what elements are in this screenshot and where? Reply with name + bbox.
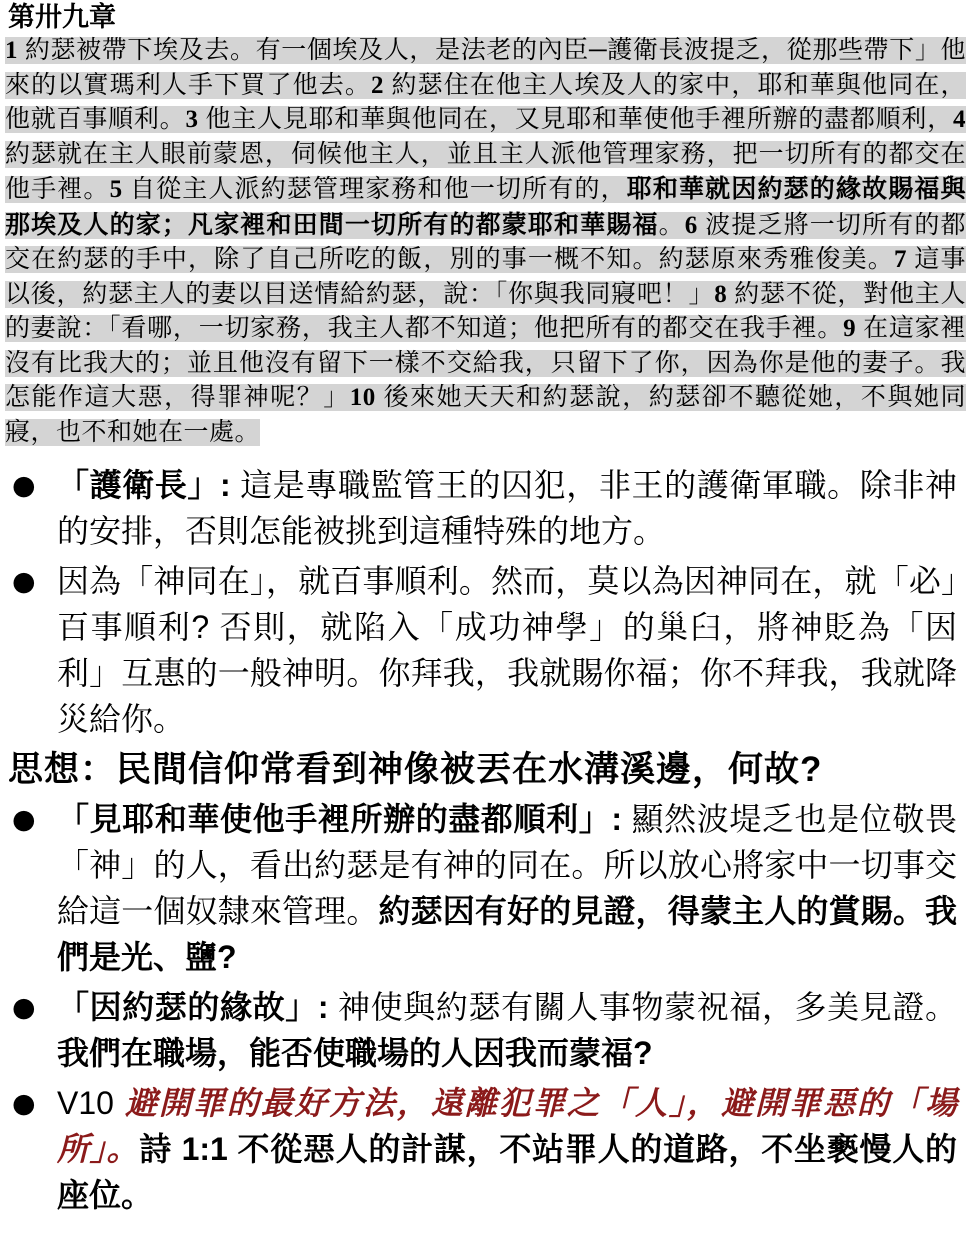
bullet-icon: ●	[12, 559, 36, 605]
bullet-icon: ●	[12, 1081, 36, 1127]
commentary-notes: ●「護衛長」: 這是專職監管王的囚犯，非王的護衛軍職。除非神的安排，否則怎能被挑…	[0, 462, 971, 1218]
verse-number-6: 6	[685, 212, 705, 239]
scripture-passage: 1 約瑟被帶下埃及去。有一個埃及人，是法老的內臣─護衛長波提乏，從那些帶下」他來…	[5, 34, 966, 450]
chapter-title: 第卅九章	[8, 2, 971, 32]
verse-number-1: 1	[5, 37, 25, 64]
note-verse-ref: V10	[57, 1085, 125, 1121]
note-psalm-quote: 詩 1:1 不從惡人的計謀，不站罪人的道路，不坐褻慢人的座位。	[57, 1131, 957, 1213]
scripture-highlight: 1 約瑟被帶下埃及去。有一個埃及人，是法老的內臣─護衛長波提乏，從那些帶下」他來…	[5, 37, 966, 446]
verse-number-9: 9	[843, 315, 863, 342]
note-item-guard-captain: ●「護衛長」: 這是專職監管王的囚犯，非王的護衛軍職。除非神的安排，否則怎能被挑…	[0, 462, 971, 554]
verse-number-8: 8	[714, 281, 734, 308]
bullet-icon: ●	[12, 797, 36, 843]
bullet-icon: ●	[12, 985, 36, 1031]
verse-number-3: 3	[185, 106, 205, 133]
note-item-for-josephs-sake: ●「因約瑟的緣故」: 神使與約瑟有關人事物蒙祝福，多美見證。我們在職場，能否使職…	[0, 984, 971, 1076]
note-term: 「護衛長」:	[57, 467, 240, 503]
verse-text-5-end: 。	[659, 212, 685, 239]
verse-text-3: 他主人見耶和華與他同在，又見耶和華使他手裡所辦的盡都順利，	[205, 106, 953, 133]
verse-number-2: 2	[371, 72, 391, 99]
bullet-icon: ●	[12, 463, 36, 509]
note-text: 因為「神同在」，就百事順利。然而，莫以為因神同在，就「必」百事順利? 否則，就陷…	[57, 563, 957, 737]
verse-number-7: 7	[894, 246, 914, 273]
verse-number-4: 4	[953, 106, 966, 133]
thought-heading: 思想：民間信仰常看到神像被丟在水溝溪邊，何故?	[8, 748, 971, 792]
note-item-v10-avoid-sin: ●V10 避開罪的最好方法，遠離犯罪之「人」，避開罪惡的「場所」。詩 1:1 不…	[0, 1080, 971, 1218]
note-item-prosper-in-hand: ●「見耶和華使他手裡所辦的盡都順利」: 顯然波堤乏也是位敬畏「神」的人，看出約瑟…	[0, 796, 971, 980]
document-page: 第卅九章 1 約瑟被帶下埃及去。有一個埃及人，是法老的內臣─護衛長波提乏，從那些…	[0, 2, 971, 1250]
note-item-god-with-him: ●因為「神同在」，就百事順利。然而，莫以為因神同在，就「必」百事順利? 否則，就…	[0, 558, 971, 742]
verse-number-10: 10	[350, 384, 384, 411]
note-text: 神使與約瑟有關人事物蒙祝福，多美見證。	[338, 989, 957, 1025]
note-emphasis: 我們在職場，能否使職場的人因我而蒙福?	[57, 1035, 653, 1071]
note-term: 「因約瑟的緣故」:	[57, 989, 338, 1025]
note-term: 「見耶和華使他手裡所辦的盡都順利」:	[57, 801, 632, 837]
verse-text-5: 自從主人派約瑟管理家務和他一切所有的，	[130, 176, 627, 203]
verse-number-5: 5	[110, 176, 130, 203]
